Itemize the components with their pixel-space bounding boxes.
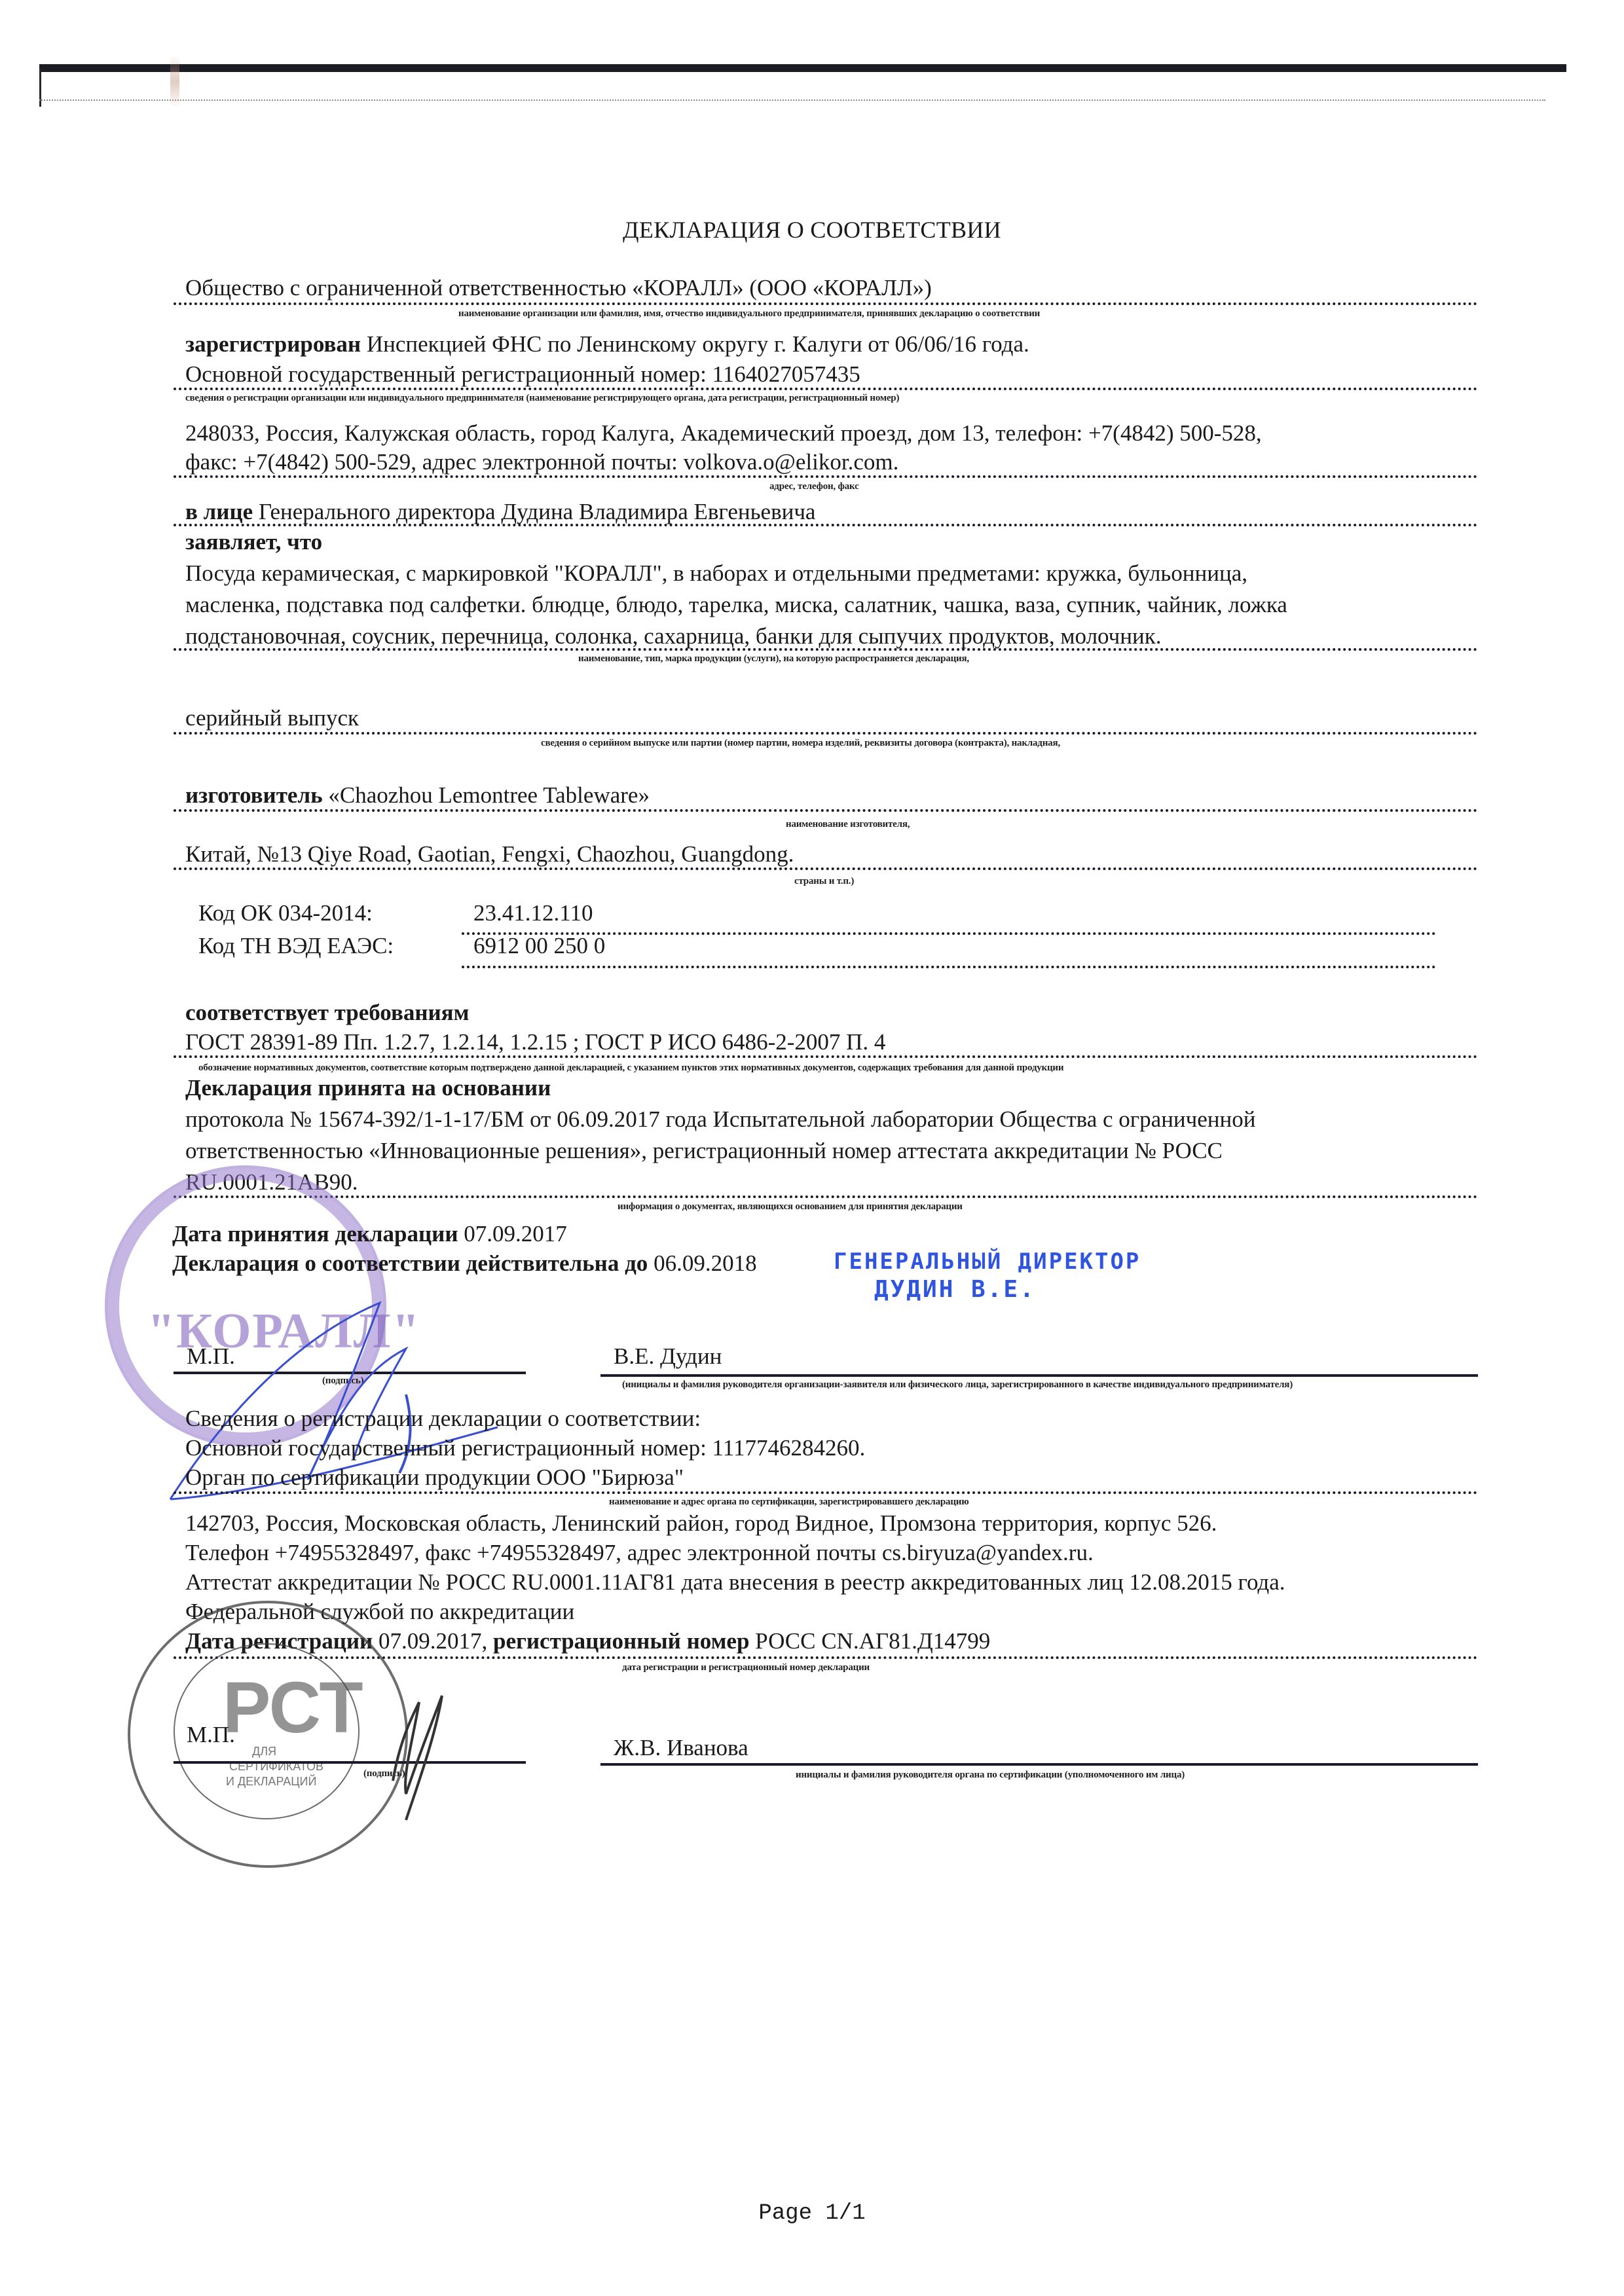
certification-body-caption: наименование и адрес органа по сертифика… — [609, 1496, 969, 1508]
requirements-text: ГОСТ 28391-89 Пп. 1.2.7, 1.2.14, 1.2.15 … — [185, 1028, 885, 1057]
registration-caption: сведения о регистрации организации или и… — [185, 392, 899, 404]
represented-label: в лице — [185, 499, 253, 524]
top-border-bar — [39, 64, 1566, 72]
product-line-3: подстановочная, соусник, перечница, соло… — [185, 622, 1161, 651]
manufacturer-address-caption: страны и т.п.) — [794, 875, 854, 887]
applicant-name: Общество с ограниченной ответственностью… — [185, 274, 932, 302]
certifier-signature-scribble — [367, 1683, 471, 1827]
divider — [462, 966, 1436, 968]
director-stamp-line1: ГЕНЕРАЛЬНЫЙ ДИРЕКТОР — [834, 1247, 1141, 1276]
header-dotted-rule — [39, 100, 1545, 102]
requirements-caption: обозначение нормативных документов, соот… — [198, 1062, 1063, 1074]
manufacturer: изготовитель «Chaozhou Lemontree Tablewa… — [185, 781, 650, 810]
registration-number-label: регистрационный номер — [487, 1628, 749, 1654]
certifier-seal-sub1: ДЛЯ — [252, 1745, 276, 1758]
registration-heading: Сведения о регистрации декларации о соот… — [185, 1404, 701, 1433]
manufacturer-label: изготовитель — [185, 782, 323, 808]
certification-body-contacts: Телефон +74955328497, факс +74955328497,… — [185, 1539, 1094, 1567]
serial-caption: сведения о серийном выпуске или партии (… — [541, 737, 1060, 749]
registration-date-value: 07.09.2017, — [373, 1628, 487, 1654]
code-tnved-label: Код ТН ВЭД ЕАЭС: — [198, 932, 394, 960]
signature-line — [174, 1761, 526, 1764]
product-line-1: Посуда керамическая, с маркировкой "КОРА… — [185, 559, 1247, 588]
code-ok-label: Код ОК 034-2014: — [198, 899, 373, 928]
basis-line-1: протокола № 15674-392/1-1-17/БМ от 06.09… — [185, 1105, 1256, 1134]
document-title: ДЕКЛАРАЦИЯ О СООТВЕТСТВИИ — [0, 216, 1624, 244]
code-tnved-value: 6912 00 250 0 — [473, 932, 605, 960]
validity-date-value: 06.09.2018 — [648, 1250, 756, 1276]
registration-date-caption: дата регистрации и регистрационный номер… — [622, 1662, 870, 1673]
applicant-signer-name: В.Е. Дудин — [614, 1342, 722, 1371]
validity-date-label: Декларация о соответствии действительна … — [172, 1250, 648, 1276]
represented-text: Генерального директора Дудина Владимира … — [253, 499, 815, 524]
divider — [174, 867, 1478, 870]
divider — [174, 648, 1478, 651]
signer-caption: (инициалы и фамилия руководителя организ… — [622, 1379, 1293, 1391]
page-number: Page 1/1 — [0, 2201, 1624, 2226]
product-line-2: масленка, подставка под салфетки. блюдце… — [185, 591, 1287, 619]
manufacturer-name: «Chaozhou Lemontree Tableware» — [323, 782, 650, 808]
address-caption: адрес, телефон, факс — [769, 481, 859, 492]
registered-text: Инспекцией ФНС по Ленинскому округу г. К… — [361, 331, 1029, 357]
registered-label: зарегистрирован — [185, 331, 361, 357]
signer-line — [600, 1374, 1478, 1377]
director-stamp-line2: ДУДИН В.Е. — [874, 1275, 1036, 1304]
registration-ogrn: Основной государственный регистрационный… — [185, 1434, 865, 1463]
certification-body-address: 142703, Россия, Московская область, Лени… — [185, 1509, 1217, 1538]
divider — [174, 388, 1478, 390]
divider — [174, 1055, 1478, 1058]
divider — [174, 732, 1478, 735]
applicant-name-caption: наименование организации или фамилия, им… — [458, 308, 1040, 319]
divider — [174, 475, 1478, 478]
acceptance-date-label: Дата принятия декларации — [172, 1221, 458, 1247]
divider — [174, 1491, 1478, 1494]
manufacturer-caption: наименование изготовителя, — [786, 818, 910, 830]
rst-logo-icon: РСТ — [223, 1666, 363, 1749]
requirements-label: соответствует требованиям — [185, 998, 469, 1027]
acceptance-date: Дата принятия декларации 07.09.2017 — [172, 1220, 567, 1248]
certifier-signer-name: Ж.В. Иванова — [614, 1734, 748, 1762]
registration-number-value: РОСС CN.АГ81.Д14799 — [749, 1628, 990, 1654]
validity-date: Декларация о соответствии действительна … — [172, 1249, 757, 1278]
scan-smudge — [170, 56, 179, 108]
certifier-seal-sub3: И ДЕКЛАРАЦИЙ — [226, 1775, 316, 1789]
applicant-address-line1: 248033, Россия, Калужская область, город… — [185, 419, 1262, 448]
certification-body: Орган по сертификации продукции ООО "Бир… — [185, 1463, 684, 1492]
basis-line-2: ответственностью «Инновационные решения»… — [185, 1137, 1223, 1165]
applicant-ogrn: Основной государственный регистрационный… — [185, 360, 860, 389]
manufacturer-address: Китай, №13 Qiye Road, Gaotian, Fengxi, C… — [185, 840, 794, 869]
serial-release: серийный выпуск — [185, 704, 359, 733]
divider — [462, 932, 1436, 935]
divider — [174, 1195, 1478, 1198]
declares-label: заявляет, что — [185, 528, 322, 556]
accreditation-certificate: Аттестат аккредитации № РОСС RU.0001.11А… — [185, 1568, 1285, 1597]
acceptance-date-value: 07.09.2017 — [458, 1221, 567, 1247]
code-ok-value: 23.41.12.110 — [473, 899, 593, 928]
divider — [174, 524, 1478, 526]
certifier-signer-caption: инициалы и фамилия руководителя органа п… — [796, 1769, 1185, 1781]
signer-line — [600, 1763, 1478, 1766]
divider — [174, 809, 1478, 812]
certifier-seal-label: М.П. — [187, 1721, 235, 1749]
basis-label: Декларация принята на основании — [185, 1074, 551, 1102]
product-caption: наименование, тип, марка продукции (услу… — [578, 653, 969, 665]
represented-by: в лице Генерального директора Дудина Вла… — [185, 498, 815, 526]
registration-info: зарегистрирован Инспекцией ФНС по Ленинс… — [185, 330, 1029, 359]
divider — [174, 302, 1478, 305]
applicant-address-line2: факс: +7(4842) 500-529, адрес электронно… — [185, 448, 898, 477]
basis-caption: информация о документах, являющихся осно… — [618, 1201, 963, 1212]
